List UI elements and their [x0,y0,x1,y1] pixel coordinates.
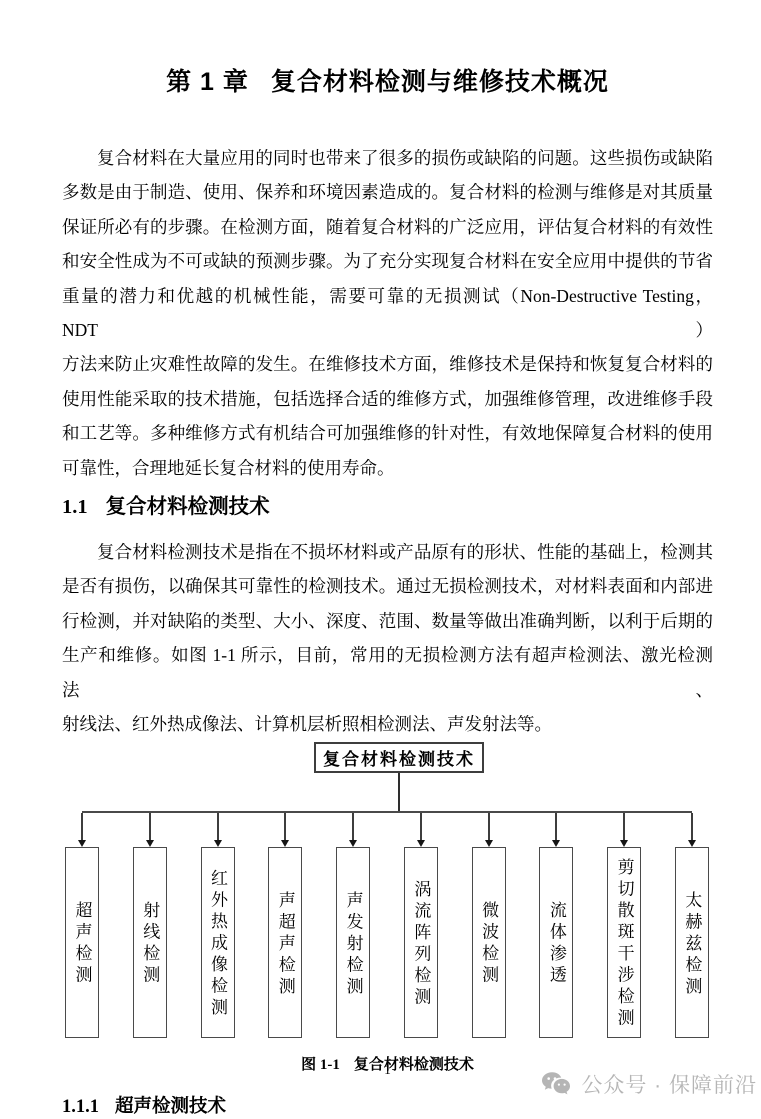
subsection-number: 1.1.1 [62,1097,99,1117]
text-line: 使用性能采取的技术措施，包括选择合适的维修方式，加强维修管理，改进维修手段 [62,382,713,416]
figure-leaf-label: 红外热成像检测 [209,865,226,1020]
text-line: 可靠性，合理地延长复合材料的使用寿命。 [62,451,713,485]
arrow-down-icon [214,840,222,847]
figure-leaf-label: 涡流阵列检测 [412,875,429,1009]
figure-leaf-label: 流体渗透 [548,897,565,988]
paragraph-1: 复合材料在大量应用的同时也带来了很多的损伤或缺陷的问题。这些损伤或缺陷多数是由于… [62,141,713,485]
figure-leaf-box: 声超声检测 [268,847,302,1038]
figure-leaf-label: 声发射检测 [345,886,362,998]
text-line: 重量的潜力和优越的机械性能，需要可靠的无损测试（Non-Destructive … [62,279,713,348]
figure-leaf-label: 射线检测 [141,897,158,988]
text-line: 复合材料检测技术是指在不损坏材料或产品原有的形状、性能的基础上，检测其 [62,535,713,569]
connector-drop-line [217,813,219,840]
figure-leaf-label: 剪切散斑干涉检测 [616,854,633,1031]
arrow-down-icon [146,840,154,847]
connector-drop-line [352,813,354,840]
connector-drop-line [420,813,422,840]
arrow-down-icon [552,840,560,847]
figure-leaf-box: 流体渗透 [539,847,573,1038]
figure-leaf-label: 太赫兹检测 [683,886,700,998]
document-page: 第 1 章复合材料检测与维修技术概况 复合材料在大量应用的同时也带来了很多的损伤… [0,0,761,1119]
text-line: 保证所必有的步骤。在检测方面，随着复合材料的广泛应用，评估复合材料的有效性 [62,210,713,244]
arrow-down-icon [620,840,628,847]
figure-leaf-box: 涡流阵列检测 [404,847,438,1038]
connector-drop-line [81,813,83,840]
connector-drop-line [691,813,693,840]
figure-leaf-label: 声超声检测 [277,886,294,998]
text-line: 和安全性成为不可或缺的预测步骤。为了充分实现复合材料在安全应用中提供的节省 [62,244,713,278]
text-line: 复合材料在大量应用的同时也带来了很多的损伤或缺陷的问题。这些损伤或缺陷 [62,141,713,175]
figure-leaf-box: 射线检测 [133,847,167,1038]
text-line: 和工艺等。多种维修方式有机结合可加强维修的针对性，有效地保障复合材料的使用 [62,416,713,450]
figure-leaf-box: 声发射检测 [336,847,370,1038]
figure-branch: 涡流阵列检测 [404,813,438,1038]
figure-branch: 声超声检测 [268,813,302,1038]
arrow-down-icon [78,840,86,847]
arrow-down-icon [281,840,289,847]
figure-leaf-box: 太赫兹检测 [675,847,709,1038]
figure-root-box: 复合材料检测技术 [314,742,484,773]
connector-drop-line [149,813,151,840]
connector-drop-line [284,813,286,840]
figure-1-1-diagram: 复合材料检测技术 超声检测射线检测红外热成像检测声超声检测声发射检测涡流阵列检测… [62,742,713,1039]
subsection-title-text: 超声检测技术 [115,1095,226,1116]
connector-drop-line [555,813,557,840]
figure-branch: 剪切散斑干涉检测 [607,813,641,1038]
figure-branch: 太赫兹检测 [675,813,709,1038]
arrow-down-icon [417,840,425,847]
figure-leaf-label: 微波检测 [480,897,497,988]
section-heading-1-1: 1.1复合材料检测技术 [62,493,713,521]
figure-branch: 超声检测 [65,813,99,1038]
text-line: 生产和维修。如图 1-1 所示，目前，常用的无损检测方法有超声检测法、激光检测法… [62,638,713,707]
figure-branches: 超声检测射线检测红外热成像检测声超声检测声发射检测涡流阵列检测微波检测流体渗透剪… [65,813,709,1038]
text-line: 方法来防止灾难性故障的发生。在维修技术方面，维修技术是保持和恢复复合材料的 [62,347,713,381]
figure-branch: 射线检测 [133,813,167,1038]
connector-drop-line [623,813,625,840]
wechat-icon [541,1071,572,1097]
chapter-title-text: 复合材料检测与维修技术概况 [271,68,609,96]
watermark: 公众号 · 保障前沿 [541,1069,757,1099]
figure-leaf-label: 超声检测 [74,897,91,988]
arrow-down-icon [485,840,493,847]
section-title-text: 复合材料检测技术 [106,495,270,518]
figure-leaf-box: 超声检测 [65,847,99,1038]
figure-leaf-box: 剪切散斑干涉检测 [607,847,641,1038]
section-number: 1.1 [62,496,88,518]
arrow-down-icon [349,840,357,847]
figure-branch: 微波检测 [472,813,506,1038]
chapter-heading: 第 1 章复合材料检测与维修技术概况 [62,66,713,98]
figure-leaf-box: 红外热成像检测 [201,847,235,1038]
arrow-down-icon [688,840,696,847]
page-content: 第 1 章复合材料检测与维修技术概况 复合材料在大量应用的同时也带来了很多的损伤… [62,0,713,1119]
connector-stem-line [398,773,400,811]
figure-branch: 声发射检测 [336,813,370,1038]
text-line: 是否有损伤，以确保其可靠性的检测技术。通过无损检测技术，对材料表面和内部进 [62,569,713,603]
text-line: 多数是由于制造、使用、保养和环境因素造成的。复合材料的检测与维修是对其质量 [62,175,713,209]
figure-leaf-box: 微波检测 [472,847,506,1038]
text-line: 行检测，并对缺陷的类型、大小、深度、范围、数量等做出准确判断，以利于后期的 [62,604,713,638]
paragraph-2: 复合材料检测技术是指在不损坏材料或产品原有的形状、性能的基础上，检测其是否有损伤… [62,535,713,741]
watermark-text: 公众号 · 保障前沿 [581,1069,757,1099]
text-line: 射线法、红外热成像法、计算机层析照相检测法、声发射法等。 [62,707,713,741]
figure-branch: 流体渗透 [539,813,573,1038]
chapter-number: 第 1 章 [166,68,249,96]
connector-drop-line [488,813,490,840]
figure-branch: 红外热成像检测 [201,813,235,1038]
